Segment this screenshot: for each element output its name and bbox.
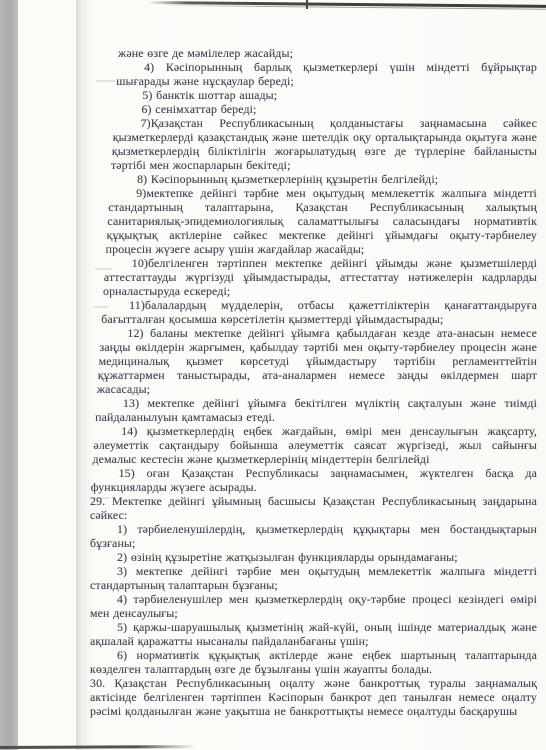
paragraph-15: 1) тәрбиеленушілердің, қызметкерлердің қ… [90, 522, 537, 550]
book-edge-outer [0, 0, 18, 750]
scan-artifact-tick [306, 0, 308, 9]
paragraph-9: 11)балалардың мүдделерін, отбасы қажетті… [90, 298, 537, 326]
paragraph-3: 5) банктік шоттар ашады; [90, 88, 537, 102]
paragraph-7: 9)мектепке дейінгі тәрбие мен оқытудың м… [90, 186, 537, 256]
paragraph-10: 12) баланы мектепке дейінгі ұйымға қабыл… [90, 326, 537, 396]
paragraph-2: 4) Кәсіпорынның барлық қызметкерлері үші… [90, 60, 537, 88]
paragraph-6: 8) Кәсіпорынның қызметкерлерінің құзырет… [90, 172, 537, 186]
paragraph-4: 6) сенімхаттар береді; [90, 102, 537, 116]
book-edge-inner [18, 0, 76, 750]
paragraph-8: 10)белгіленген тәртіппен мектепке дейінг… [90, 256, 537, 298]
paragraph-14: 29. Мектепке дейінгі ұйымның басшысы Қаз… [90, 494, 537, 522]
paragraph-12: 14) қызметкерлердің еңбек жағдайын, өмір… [90, 424, 537, 466]
paragraph-19: 5) қаржы-шаруашылық қызметінің жай-күйі,… [90, 620, 537, 648]
paragraph-21: 30. Қазақстан Республикасының оңалту жән… [90, 676, 537, 718]
margin-skew-wedge [90, 46, 118, 491]
paragraph-18: 4) тәрбиеленушілер мен қызметкерлердің о… [90, 592, 537, 620]
paragraph-1: және өзге де мәмілелер жасайды; [90, 46, 537, 60]
paragraph-11: 13) мектепке дейінгі ұйымға бекітілген м… [90, 396, 537, 424]
paragraph-20: 6) нормативтік құқықтық актілерде және е… [90, 648, 537, 676]
document-text-block: және өзге де мәмілелер жасайды;4) Кәсіпо… [90, 46, 537, 718]
paragraph-13: 15) оған Қазақстан Республикасы заңнамас… [90, 466, 537, 494]
paragraph-16: 2) өзінің құзыретіне жатқызылған функция… [90, 550, 537, 564]
paragraph-5: 7)Қазақстан Республикасының қолданыстағы… [90, 116, 537, 172]
paragraph-17: 3) мектепке дейінгі тәрбие мен оқытудың … [90, 564, 537, 592]
scanned-page: және өзге де мәмілелер жасайды;4) Кәсіпо… [0, 0, 546, 750]
